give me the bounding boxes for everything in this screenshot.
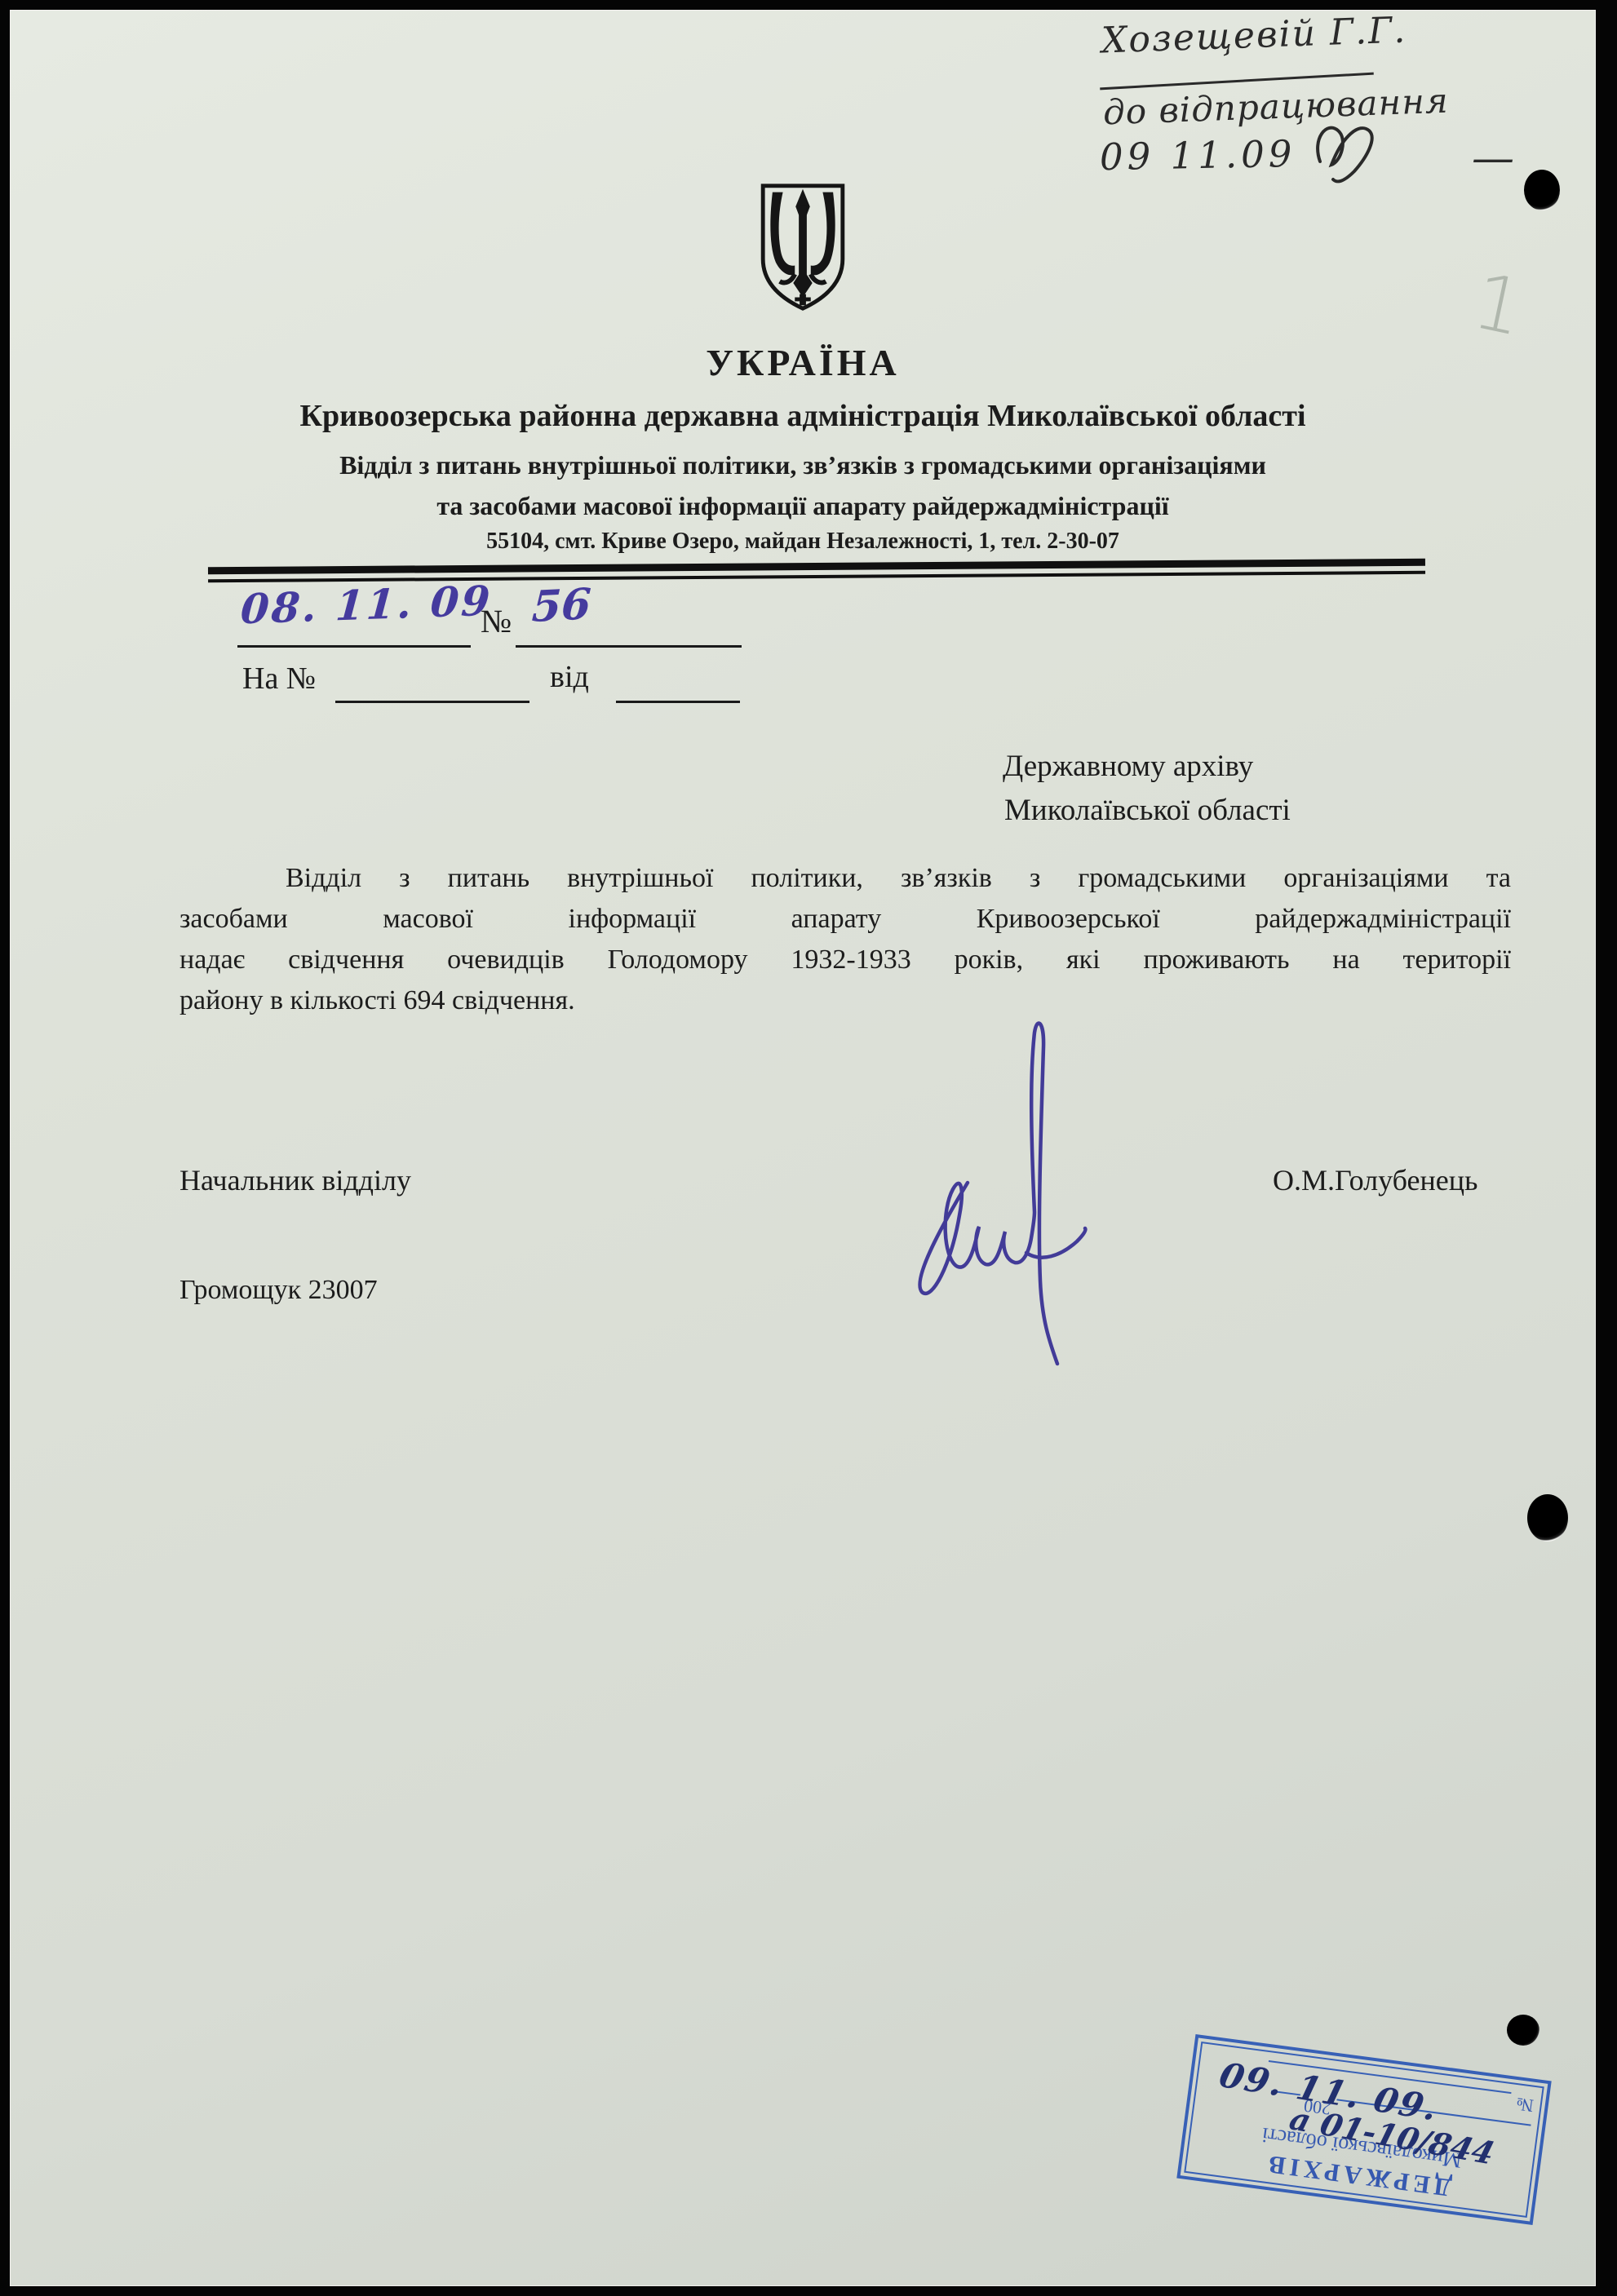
body-line: Відділ з питань внутрішньої політики, зв… bbox=[179, 858, 1511, 899]
signer-title: Начальник відділу bbox=[179, 1163, 411, 1197]
organization-name: Кривоозерська районна державна адміністр… bbox=[10, 398, 1596, 434]
routing-note-name: Хозещевій Г.Г. bbox=[1101, 9, 1407, 61]
reply-date-underline bbox=[616, 701, 740, 703]
letterhead-divider bbox=[208, 559, 1425, 582]
reply-number-underline bbox=[335, 701, 529, 703]
coat-of-arms bbox=[10, 179, 1596, 319]
department-line-2: та засобами масової інформації апарату р… bbox=[10, 491, 1596, 521]
punch-hole bbox=[1507, 2015, 1539, 2046]
outgoing-number-handwritten: 56 bbox=[530, 579, 591, 632]
date-underline bbox=[237, 645, 471, 648]
routing-note-dash: — bbox=[1472, 134, 1514, 183]
body-line: надає свідчення очевидців Голодомору 193… bbox=[179, 940, 1511, 980]
reply-to-label: На № bbox=[242, 661, 316, 697]
number-label: № bbox=[481, 602, 512, 640]
signer-name: О.М.Голубенець bbox=[1273, 1163, 1477, 1197]
body-line: засобами масової інформації апарату Крив… bbox=[179, 899, 1511, 940]
reply-date-label: від bbox=[550, 659, 589, 695]
handwritten-signature bbox=[889, 1011, 1158, 1378]
letter-body: Відділ з питань внутрішньої політики, зв… bbox=[179, 858, 1511, 1021]
department-line-1: Відділ з питань внутрішньої політики, зв… bbox=[10, 450, 1596, 480]
punch-hole bbox=[1527, 1494, 1568, 1542]
stamp-number-label: № bbox=[1515, 2093, 1535, 2117]
org-address: 55104, смт. Криве Озеро, майдан Незалежн… bbox=[10, 529, 1596, 555]
recipient-line-2: Миколаївської області bbox=[1004, 793, 1291, 828]
scanned-document: Хозещевій Г.Г. до відпрацювання 09 11.09… bbox=[0, 0, 1617, 2296]
number-underline bbox=[516, 645, 742, 648]
outgoing-date-handwritten: 08. 11. 09 bbox=[239, 577, 494, 634]
body-line: району в кількості 694 свідчення. bbox=[179, 980, 1511, 1021]
executor-reference: Громощук 23007 bbox=[179, 1275, 378, 1306]
country-title: УКРАЇНА bbox=[10, 341, 1596, 384]
routing-note-date: 09 11.09 bbox=[1100, 132, 1296, 179]
recipient-line-1: Державному архіву bbox=[1003, 749, 1253, 784]
letter-page: Хозещевій Г.Г. до відпрацювання 09 11.09… bbox=[10, 10, 1596, 2286]
ukraine-trident-icon bbox=[755, 179, 851, 315]
